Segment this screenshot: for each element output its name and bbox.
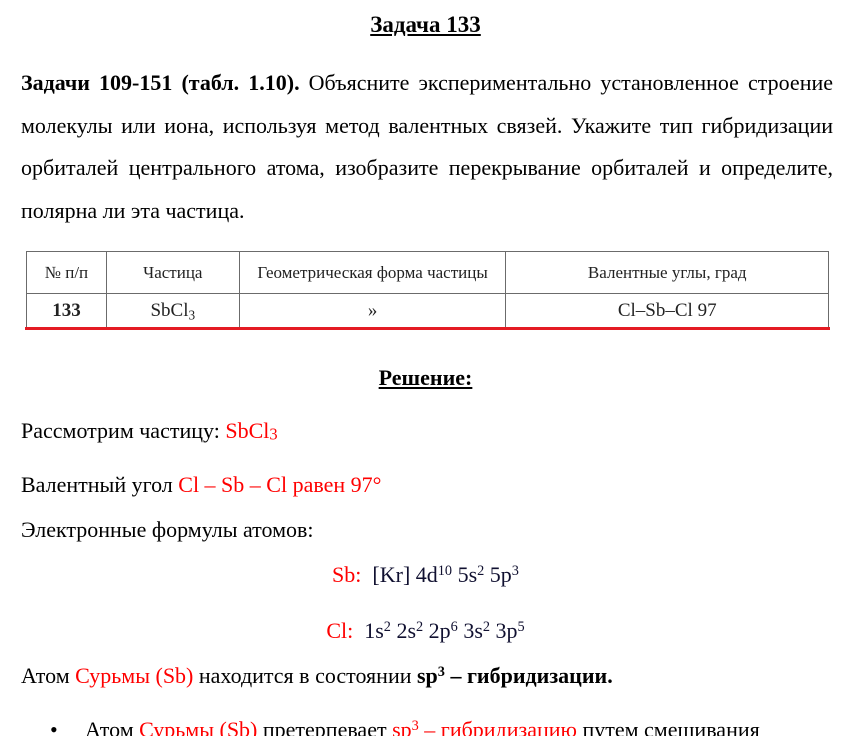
header-number: № п/п (27, 252, 107, 294)
cell-particle: SbCl3 (106, 294, 239, 329)
orbital-electron-count: 5 (518, 619, 525, 635)
sb-configuration: [Kr] 4d10 5s2 5p3 (372, 562, 519, 587)
hyb-type: sp3 – гибридизации. (417, 663, 613, 688)
source-data-table: № п/п Частица Геометрическая форма части… (26, 251, 829, 329)
hyb-atom: Сурьмы (Sb) (75, 663, 193, 688)
bullet-post: путем смешивания (577, 717, 760, 736)
orbital-label: 5p (484, 562, 512, 587)
problem-title: Задача 133 (0, 10, 851, 40)
cell-angles: Cl–Sb–Cl 97 (506, 294, 829, 329)
hyb-rest: – гибридизации. (445, 663, 613, 688)
cl-element: Cl: (326, 618, 353, 643)
hyb-sup: 3 (438, 664, 445, 680)
hyb-pre: Атом (21, 663, 75, 688)
orbital-label: 3s (458, 618, 483, 643)
bullet-marker: • (50, 716, 58, 736)
header-particle: Частица (106, 252, 239, 294)
orbital-label: 5s (452, 562, 477, 587)
bullet-pre: Атом (85, 717, 139, 736)
consider-particle-subscript: 3 (269, 425, 277, 444)
orbital-label: 2s (391, 618, 416, 643)
orbital-electron-count: 10 (438, 563, 452, 579)
hyb-base: sp (417, 663, 438, 688)
solution-heading: Решение: (0, 364, 851, 392)
orbital-label: 1s (364, 618, 384, 643)
bullet-hyb: sp3 – гибридизацию (392, 717, 577, 736)
table-header-row: № п/п Частица Геометрическая форма части… (27, 252, 829, 294)
cl-formula-line: Cl: 1s2 2s2 2p6 3s2 3p5 (0, 617, 851, 645)
table-row: 133 SbCl3 » Cl–Sb–Cl 97 (27, 294, 829, 329)
bullet-atom: Сурьмы (Sb) (139, 717, 257, 736)
consider-line: Рассмотрим частицу: SbCl3 (21, 417, 278, 445)
document-page: Задача 133 Задачи 109-151 (табл. 1.10). … (0, 0, 851, 736)
cl-configuration: 1s2 2s2 2p6 3s2 3p5 (364, 618, 524, 643)
task-statement: Задачи 109-151 (табл. 1.10). Объясните э… (21, 62, 833, 232)
angle-line: Валентный угол Cl – Sb – Cl равен 97° (21, 471, 381, 499)
orbital-electron-count: 2 (384, 619, 391, 635)
header-angles: Валентные углы, град (506, 252, 829, 294)
orbital-electron-count: 3 (512, 563, 519, 579)
angle-value: Cl – Sb – Cl равен 97° (178, 472, 381, 497)
consider-particle-base: SbCl (225, 418, 269, 443)
cell-number: 133 (27, 294, 107, 329)
particle-subscript: 3 (189, 307, 196, 322)
orbital-label: [Kr] 4d (372, 562, 437, 587)
bullet-hyb-base: sp (392, 717, 412, 736)
task-prefix: Задачи 109-151 (табл. 1.10). (21, 70, 300, 95)
bullet-mid: претерпевает (257, 717, 392, 736)
hybridization-statement: Атом Сурьмы (Sb) находится в состоянии s… (21, 662, 613, 690)
electron-formulas-label: Электронные формулы атомов: (21, 516, 314, 544)
consider-particle: SbCl3 (225, 418, 277, 443)
orbital-electron-count: 6 (451, 619, 458, 635)
header-shape: Геометрическая форма частицы (239, 252, 506, 294)
hyb-mid: находится в состоянии (193, 663, 417, 688)
orbital-label: 3p (490, 618, 518, 643)
consider-label: Рассмотрим частицу: (21, 418, 225, 443)
cell-shape: » (239, 294, 506, 329)
bullet-hyb-sup: 3 (412, 718, 419, 734)
bullet-hyb-rest: – гибридизацию (419, 717, 577, 736)
sb-formula-line: Sb: [Kr] 4d10 5s2 5p3 (0, 561, 851, 589)
table-accent-line (25, 327, 830, 330)
angle-label: Валентный угол (21, 472, 178, 497)
bullet-text: Атом Сурьмы (Sb) претерпевает sp3 – гибр… (85, 716, 760, 736)
orbital-electron-count: 2 (483, 619, 490, 635)
sb-element: Sb: (332, 562, 361, 587)
orbital-label: 2p (423, 618, 451, 643)
particle-base: SbCl (150, 300, 188, 321)
